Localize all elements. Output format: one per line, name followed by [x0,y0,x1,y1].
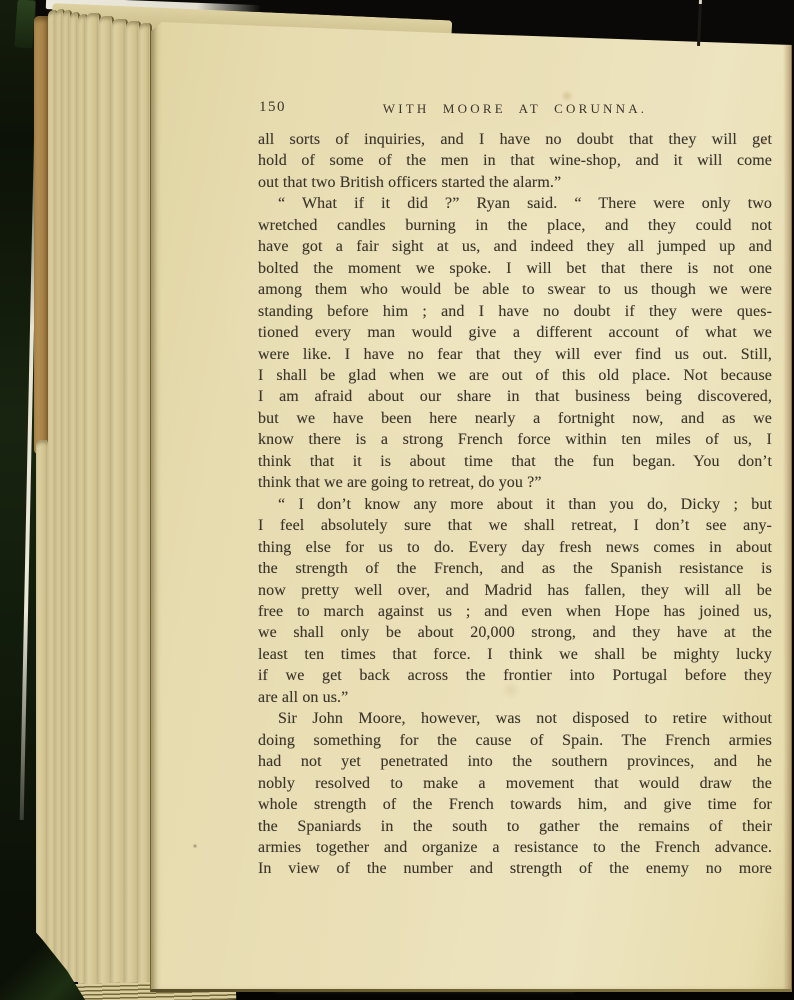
text-line: whole strength of the French towards him… [258,794,772,815]
text-line: the Spaniards in the south to gather the… [258,816,772,837]
text-line: all sorts of inquiries, and I have no do… [258,129,772,150]
book-cover-corner [14,0,35,49]
text-line: “ I don’t know any more about it than yo… [258,494,772,515]
text-line: but we have been here nearly a fortnight… [258,408,772,429]
text-line: standing before him ; and I have no doub… [258,301,772,322]
text-line: I am afraid about our share in that busi… [258,386,772,407]
book-photo-canvas: 150 WITH MOORE AT CORUNNA. all sorts of … [0,0,794,1000]
text-line: if we get back across the frontier into … [258,665,772,686]
book-cover-edge [0,0,36,1000]
paragraph: “ I don’t know any more about it than yo… [258,494,772,709]
text-line: know there is a strong French force with… [258,429,772,450]
text-line: we shall only be about 20,000 strong, an… [258,622,772,643]
text-line: out that two British officers started th… [258,172,772,193]
text-line: now pretty well over, and Madrid has fal… [258,580,772,601]
text-line: bolted the moment we spoke. I will bet t… [258,258,772,279]
text-line: had not yet penetrated into the southern… [258,751,772,772]
text-line: “ What if it did ?” Ryan said. “ There w… [258,193,772,214]
text-line: I feel absolutely sure that we shall ret… [258,515,772,536]
text-line: the strength of the French, and as the S… [258,558,772,579]
text-line: think that we are going to retreat, do y… [258,472,772,493]
paragraph: Sir John Moore, however, was not dispose… [258,708,772,880]
text-line: I shall be glad when we are out of this … [258,365,772,386]
text-block: all sorts of inquiries, and I have no do… [258,129,772,880]
text-line: nobly resolved to make a movement that w… [258,773,772,794]
page-header: 150 WITH MOORE AT CORUNNA. [258,99,772,119]
text-line: armies together and organize a resistanc… [258,837,772,858]
text-line: among them who would be able to swear to… [258,279,772,300]
text-line: think that it is about time that the fun… [258,451,772,472]
text-line: wretched candles burning in the place, a… [258,215,772,236]
text-line: doing something for the cause of Spain. … [258,730,772,751]
text-line: hold of some of the men in that wine-sho… [258,150,772,171]
bookmark-thread [697,0,702,46]
text-line: are all on us.” [258,687,772,708]
text-line: thing else for us to do. Every day fresh… [258,537,772,558]
paragraph: “ What if it did ?” Ryan said. “ There w… [258,193,772,493]
page-number: 150 [259,99,286,116]
text-line: were like. I have no fear that they will… [258,344,772,365]
text-line: tioned every man would give a different … [258,322,772,343]
text-line: Sir John Moore, however, was not dispose… [258,708,772,729]
running-title: WITH MOORE AT CORUNNA. [258,99,772,117]
paragraph: all sorts of inquiries, and I have no do… [258,129,772,193]
text-line: least ten times that force. I think we s… [258,644,772,665]
text-line: have got a fair sight at us, and indeed … [258,236,772,257]
text-line: In view of the number and strength of th… [258,858,772,879]
text-line: free to march against us ; and even when… [258,601,772,622]
